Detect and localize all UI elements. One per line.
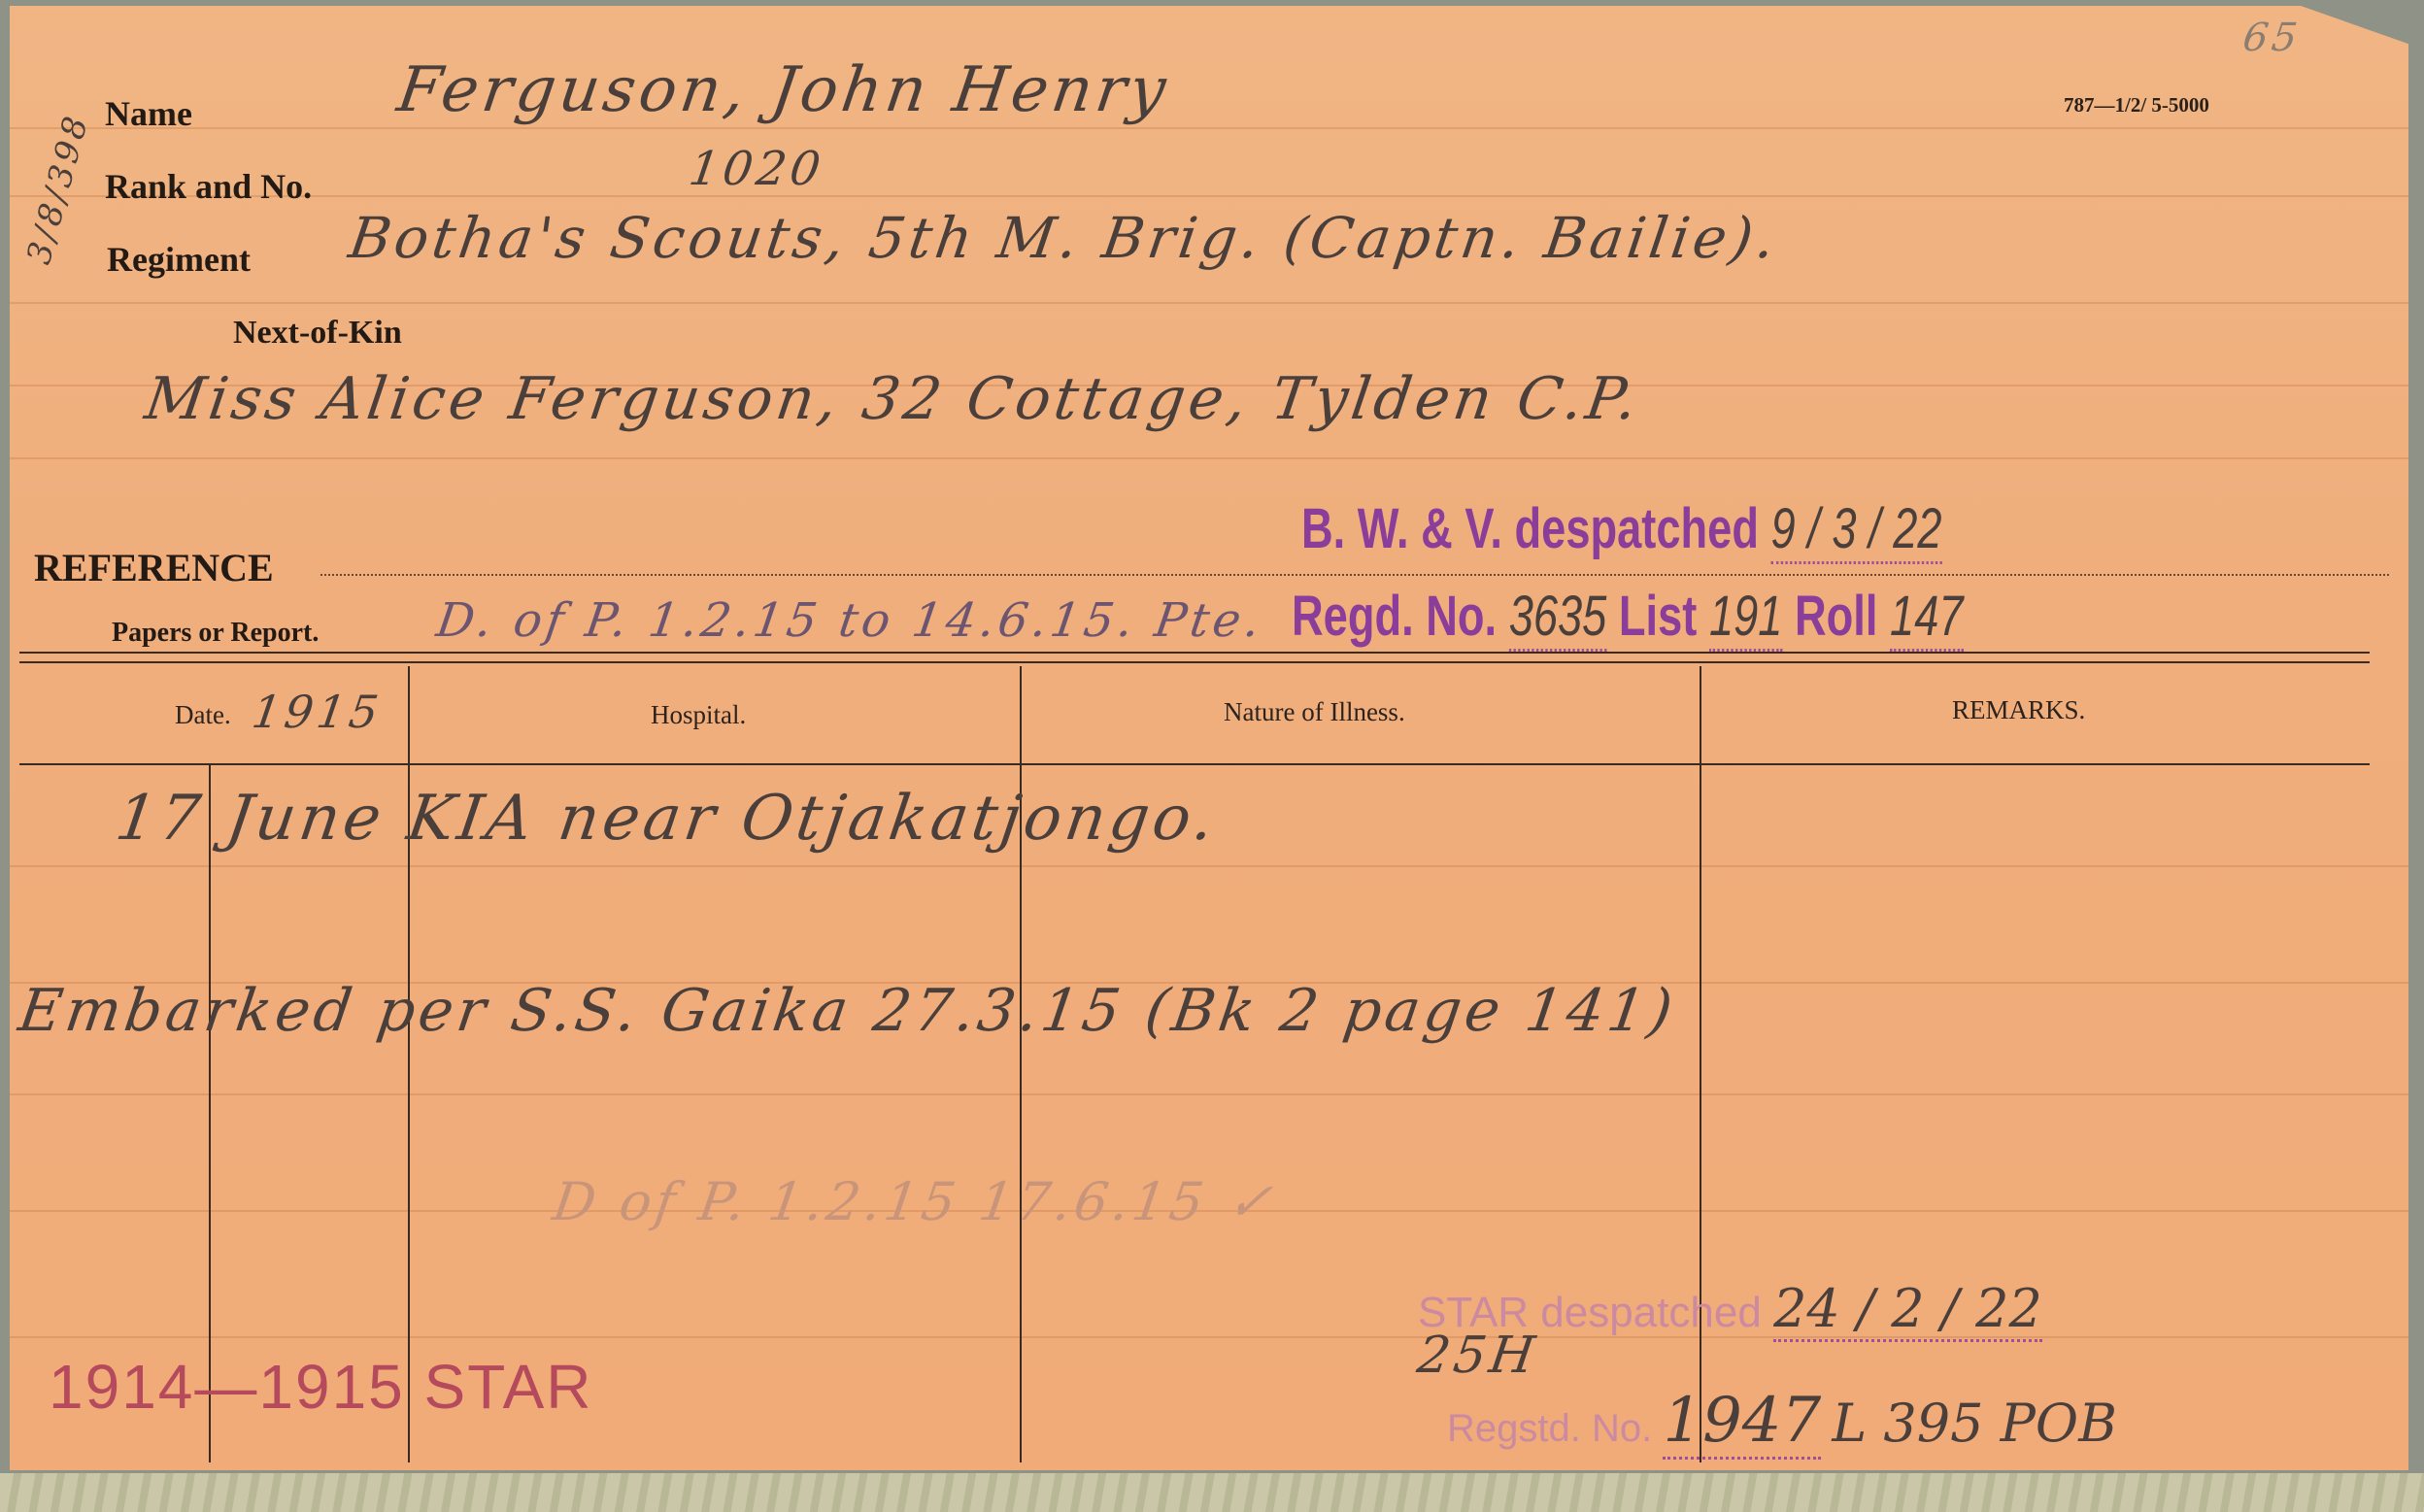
name-label: Name	[105, 93, 192, 134]
papers-label: Papers or Report.	[112, 618, 319, 649]
regiment-label: Regiment	[107, 239, 251, 280]
medal-index-card: 3/8/398 65 787—1/2/ 5-5000 Name Ferguson…	[10, 6, 2408, 1470]
side-note: 3/8/398	[19, 109, 97, 268]
background-surface	[0, 1473, 2424, 1512]
nok-value: Miss Alice Ferguson, 32 Cottage, Tylden …	[141, 365, 1645, 433]
bwv-regd: Regd. No. 3635 List 191 Roll 147	[1292, 584, 1964, 652]
bwv-despatched: B. W. & V. despatched 9 / 3 / 22	[1301, 496, 1942, 564]
date-year: 1915	[249, 686, 386, 738]
col-hospital: Hospital.	[651, 700, 746, 730]
col-remarks: REMARKS.	[1952, 695, 2085, 725]
corner-number: 65	[2240, 16, 2304, 60]
papers-value: D. of P. 1.2.15 to 14.6.15. Pte.	[433, 593, 1267, 648]
form-code: 787—1/2/ 5-5000	[2064, 93, 2209, 118]
name-value: Ferguson, John Henry	[393, 54, 1174, 126]
rank-value: 1020	[686, 142, 827, 196]
rank-label: Rank and No.	[105, 166, 312, 207]
pencil-note: D of P. 1.2.15 17.6.15 ✓	[550, 1171, 1280, 1232]
star-regd: Regstd. No. 1947 L 395 POB	[1447, 1385, 2117, 1460]
col-illness: Nature of Illness.	[1224, 697, 1405, 727]
bwv-despatched-value: 9 / 3 / 22	[1771, 496, 1942, 564]
star-note: 25H	[1414, 1327, 1542, 1385]
reference-label: REFERENCE	[34, 545, 274, 590]
col-date: Date.	[175, 700, 231, 730]
regiment-value: Botha's Scouts, 5th M. Brig. (Captn. Bai…	[345, 205, 1783, 271]
entry-embarked: Embarked per S.S. Gaika 27.3.15 (Bk 2 pa…	[15, 977, 1680, 1045]
star-stamp: 1914—1915 STAR	[49, 1351, 592, 1423]
nok-label: Next-of-Kin	[233, 315, 402, 352]
entry-kia: 17 June KIA near Otjakatjongo.	[112, 783, 1222, 855]
